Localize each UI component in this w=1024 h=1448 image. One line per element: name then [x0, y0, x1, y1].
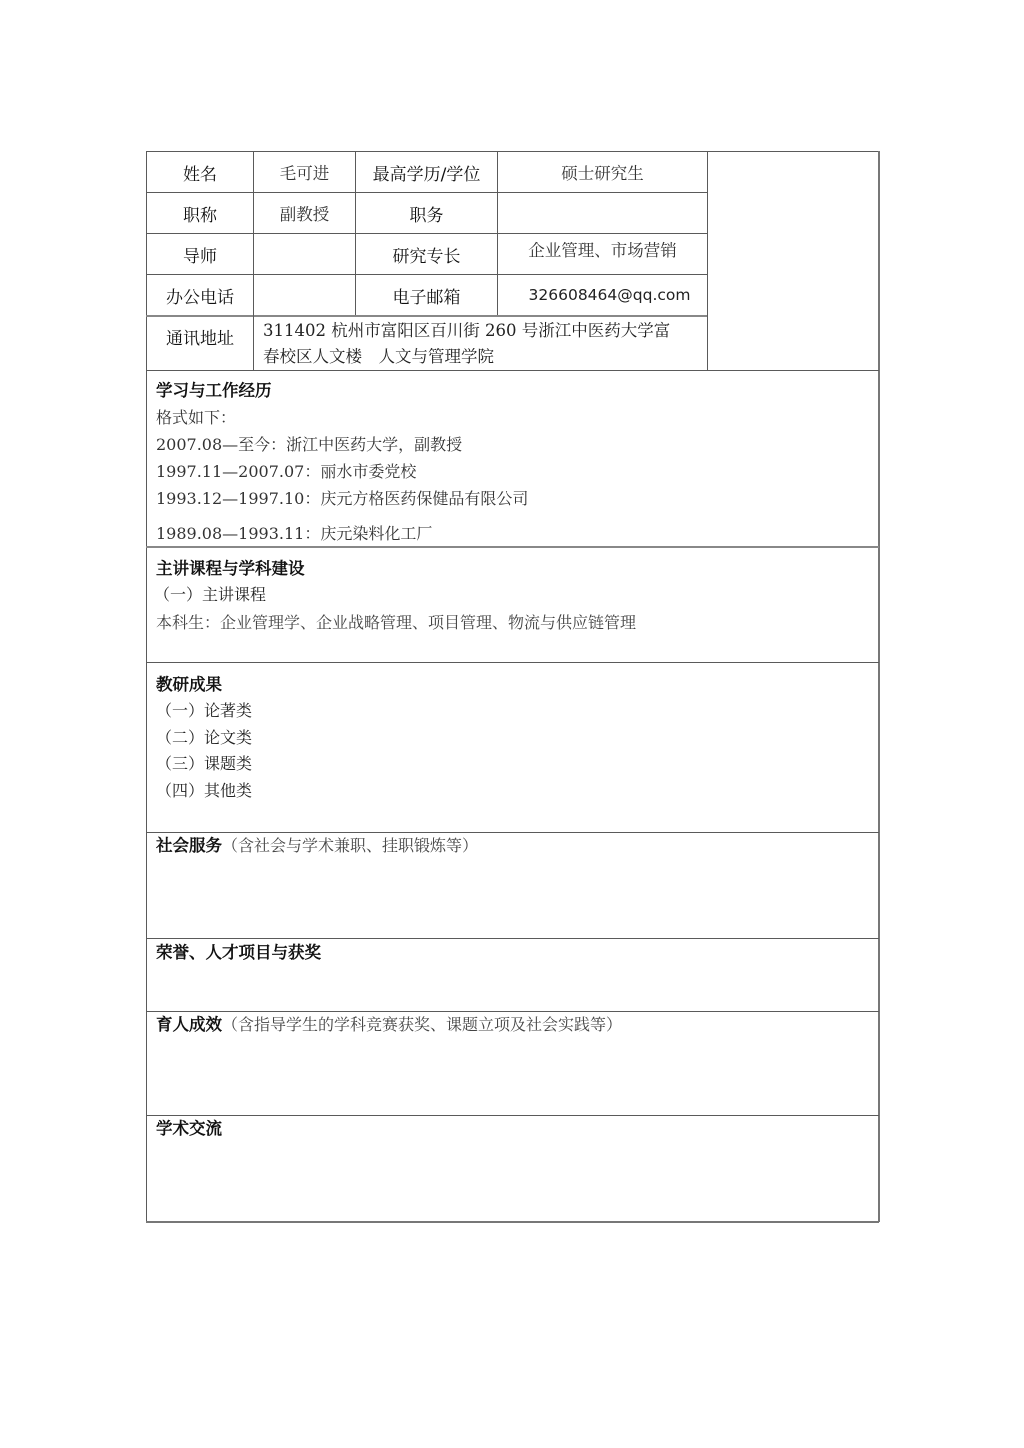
- office-phone-value: [254, 275, 355, 315]
- research-item: （三）课题类: [156, 751, 252, 778]
- profile-form: 姓名 毛可进 最高学历/学位 硕士研究生 职称 副教授 职务 导师 研究专长 企…: [0, 0, 1024, 1448]
- section-service: 社会服务（含社会与学术兼职、挂职锻炼等）: [156, 833, 478, 859]
- section-courses: 主讲课程与学科建设 （一）主讲课程 本科生：企业管理学、企业战略管理、项目管理、…: [156, 556, 636, 636]
- address-line-2: 春校区人文楼 人文与管理学院: [263, 344, 703, 370]
- service-title: 社会服务: [156, 836, 222, 855]
- service-note: （含社会与学术兼职、挂职锻炼等）: [222, 836, 478, 855]
- degree-value: 硕士研究生: [498, 152, 707, 192]
- supervisor-value: [254, 234, 355, 274]
- experience-item: 1989.08—1993.11：庆元染料化工厂: [156, 520, 528, 547]
- section-divider: [146, 938, 879, 939]
- education-note: （含指导学生的学科竞赛获奖、课题立项及社会实践等）: [222, 1015, 622, 1034]
- supervisor-label: 导师: [147, 234, 253, 274]
- section-divider: [146, 662, 879, 663]
- section-divider: [146, 546, 879, 548]
- experience-intro: 格式如下：: [156, 404, 528, 431]
- address-value: 311402 杭州市富阳区百川街 260 号浙江中医药大学富 春校区人文楼 人文…: [263, 318, 703, 370]
- position-label: 职务: [356, 193, 497, 233]
- degree-label: 最高学历/学位: [356, 152, 497, 192]
- section-education: 育人成效（含指导学生的学科竞赛获奖、课题立项及社会实践等）: [156, 1012, 622, 1038]
- research-title: 教研成果: [156, 672, 252, 698]
- expertise-value: 企业管理、市场营销: [498, 229, 707, 269]
- title-value: 副教授: [254, 193, 355, 233]
- education-title: 育人成效: [156, 1015, 222, 1034]
- research-item: （四）其他类: [156, 778, 252, 805]
- exchange-title: 学术交流: [156, 1116, 222, 1142]
- table-border-bottom: [146, 1221, 879, 1223]
- photo-area: [708, 152, 878, 370]
- office-phone-label: 办公电话: [147, 275, 253, 315]
- expertise-label: 研究专长: [356, 234, 497, 274]
- row-divider: [146, 370, 879, 371]
- courses-subtitle: （一）主讲课程: [154, 582, 636, 609]
- experience-item: 2007.08—至今：浙江中医药大学，副教授: [156, 431, 528, 458]
- title-label: 职称: [147, 193, 253, 233]
- courses-title: 主讲课程与学科建设: [156, 556, 636, 582]
- section-experience: 学习与工作经历 格式如下： 2007.08—至今：浙江中医药大学，副教授 199…: [156, 378, 528, 547]
- research-item: （二）论文类: [156, 725, 252, 752]
- experience-item: 1993.12—1997.10：庆元方格医药保健品有限公司: [156, 485, 528, 512]
- table-border-right: [878, 151, 880, 1222]
- address-line-1: 311402 杭州市富阳区百川街 260 号浙江中医药大学富: [263, 318, 703, 344]
- email-label: 电子邮箱: [356, 275, 497, 315]
- position-value: [498, 193, 707, 233]
- name-value: 毛可进: [254, 152, 355, 192]
- honors-title: 荣誉、人才项目与获奖: [156, 940, 321, 966]
- email-value: 326608464@qq.com: [512, 275, 707, 315]
- courses-content: 本科生：企业管理学、企业战略管理、项目管理、物流与供应链管理: [156, 609, 636, 636]
- address-label: 通讯地址: [147, 316, 253, 356]
- name-label: 姓名: [147, 152, 253, 192]
- section-divider: [146, 1115, 879, 1116]
- section-exchange: 学术交流: [156, 1116, 222, 1142]
- research-item: （一）论著类: [156, 698, 252, 725]
- experience-item: 1997.11—2007.07：丽水市委党校: [156, 458, 528, 485]
- experience-title: 学习与工作经历: [156, 378, 528, 404]
- section-research: 教研成果 （一）论著类 （二）论文类 （三）课题类 （四）其他类: [156, 672, 252, 804]
- section-honors: 荣誉、人才项目与获奖: [156, 940, 321, 966]
